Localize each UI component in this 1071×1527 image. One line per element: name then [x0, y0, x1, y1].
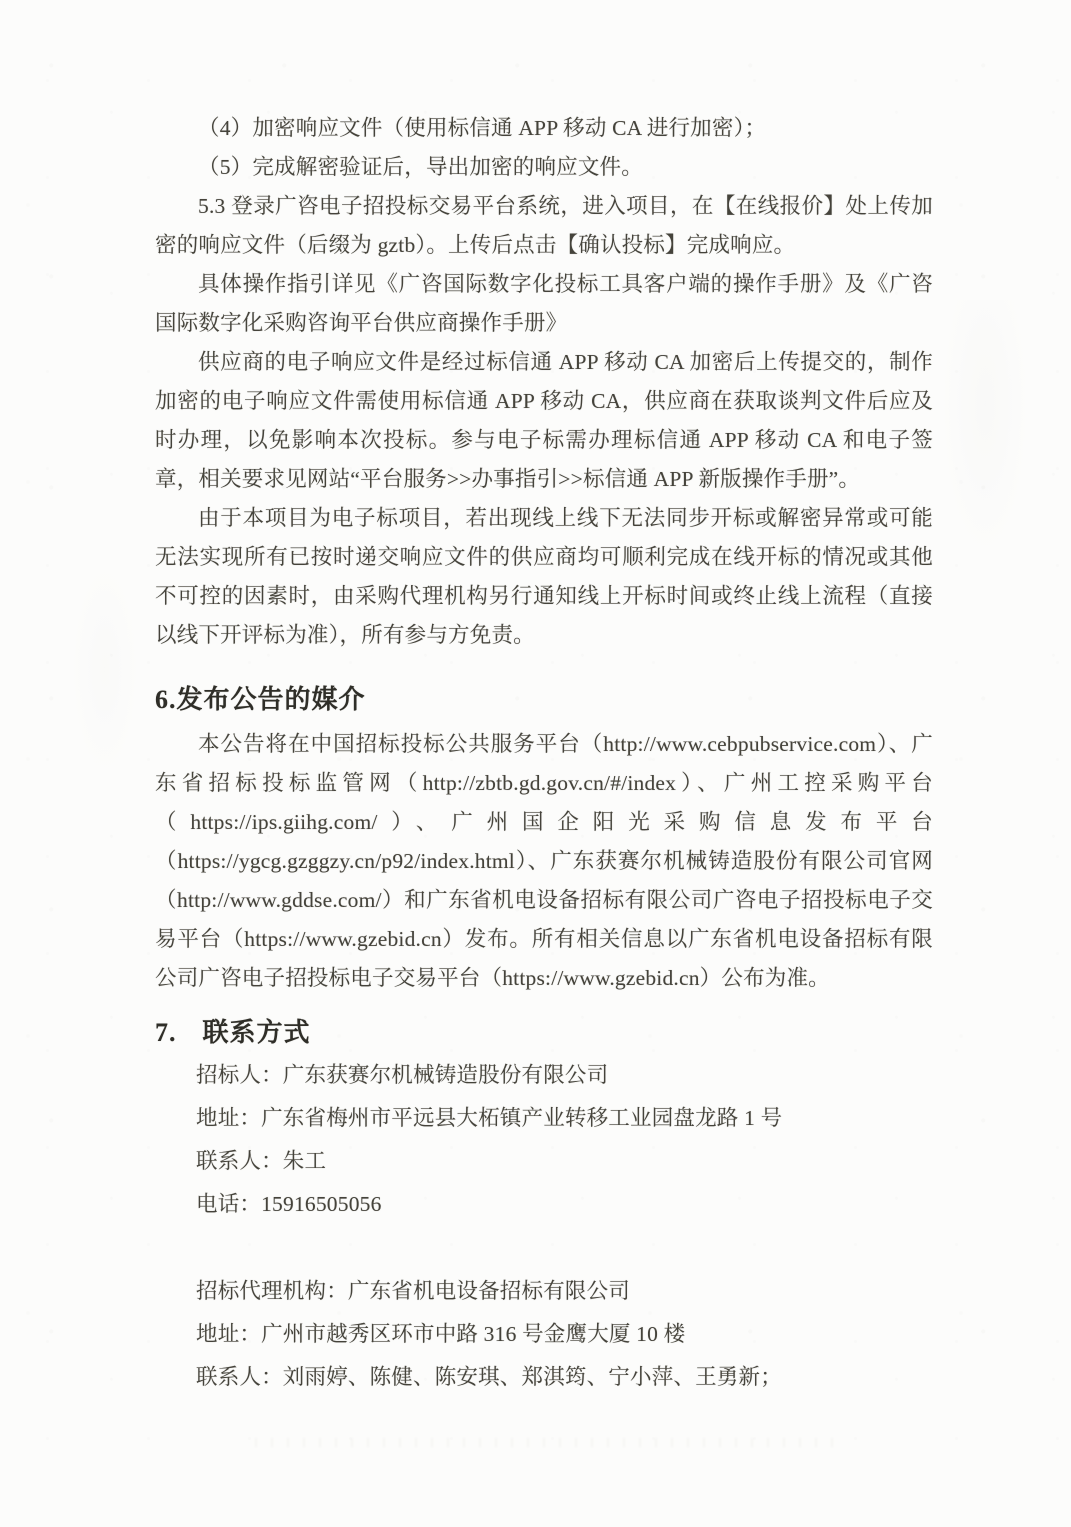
agency-contact-block: 招标代理机构：广东省机电设备招标有限公司 地址：广州市越秀区环市中路 316 号…: [155, 1270, 933, 1399]
agency-contact-person-line: 联系人：刘雨婷、陈健、陈安琪、郑淇筠、宁小萍、王勇新；: [155, 1356, 933, 1399]
scan-artifact-left: [70, 560, 140, 780]
paragraph-5-3-upload: 5.3 登录广咨电子招投标交易平台系统，进入项目，在【在线报价】处上传加密的响应…: [155, 187, 933, 265]
section-7-number: 7.: [155, 1018, 177, 1047]
tenderer-phone-line: 电话：15916505056: [155, 1183, 933, 1226]
tenderer-name-line: 招标人：广东获赛尔机械铸造股份有限公司: [155, 1054, 933, 1097]
tenderer-address-line: 地址：广东省梅州市平远县大柘镇产业转移工业园盘龙路 1 号: [155, 1097, 933, 1140]
scanned-document-page: { "theme": { "paper": "#fcfcfb", "ink": …: [0, 0, 1071, 1527]
paragraph-export-step-5: （5）完成解密验证后，导出加密的响应文件。: [155, 148, 933, 187]
agency-name-line: 招标代理机构：广东省机电设备招标有限公司: [155, 1270, 933, 1313]
tenderer-contact-person-line: 联系人：朱工: [155, 1140, 933, 1183]
section-6-heading: 6.发布公告的媒介: [155, 679, 933, 721]
paragraph-operation-guide: 具体操作指引详见《广咨国际数字化投标工具客户端的操作手册》及《广咨国际数字化采购…: [155, 265, 933, 343]
section-7-title: 联系方式: [203, 1018, 311, 1047]
paragraph-supplier-ca-requirements: 供应商的电子响应文件是经过标信通 APP 移动 CA 加密后上传提交的，制作加密…: [155, 343, 933, 499]
scan-artifact-band: [255, 1438, 835, 1447]
agency-address-line: 地址：广州市越秀区环市中路 316 号金鹰大厦 10 楼: [155, 1313, 933, 1356]
paragraph-electronic-bid-disclaimer: 由于本项目为电子标项目，若出现线上线下无法同步开标或解密异常或可能无法实现所有已…: [155, 499, 933, 655]
paragraph-announcement-media: 本公告将在中国招标投标公共服务平台（http://www.cebpubservi…: [155, 725, 933, 998]
document-body: （4）加密响应文件（使用标信通 APP 移动 CA 进行加密）； （5）完成解密…: [155, 109, 933, 1399]
tenderer-contact-block: 招标人：广东获赛尔机械铸造股份有限公司 地址：广东省梅州市平远县大柘镇产业转移工…: [155, 1054, 933, 1226]
paragraph-encrypt-step-4: （4）加密响应文件（使用标信通 APP 移动 CA 进行加密）；: [155, 109, 933, 148]
section-7-heading: 7.联系方式: [155, 1012, 933, 1054]
scan-artifact-right: [940, 300, 1030, 560]
